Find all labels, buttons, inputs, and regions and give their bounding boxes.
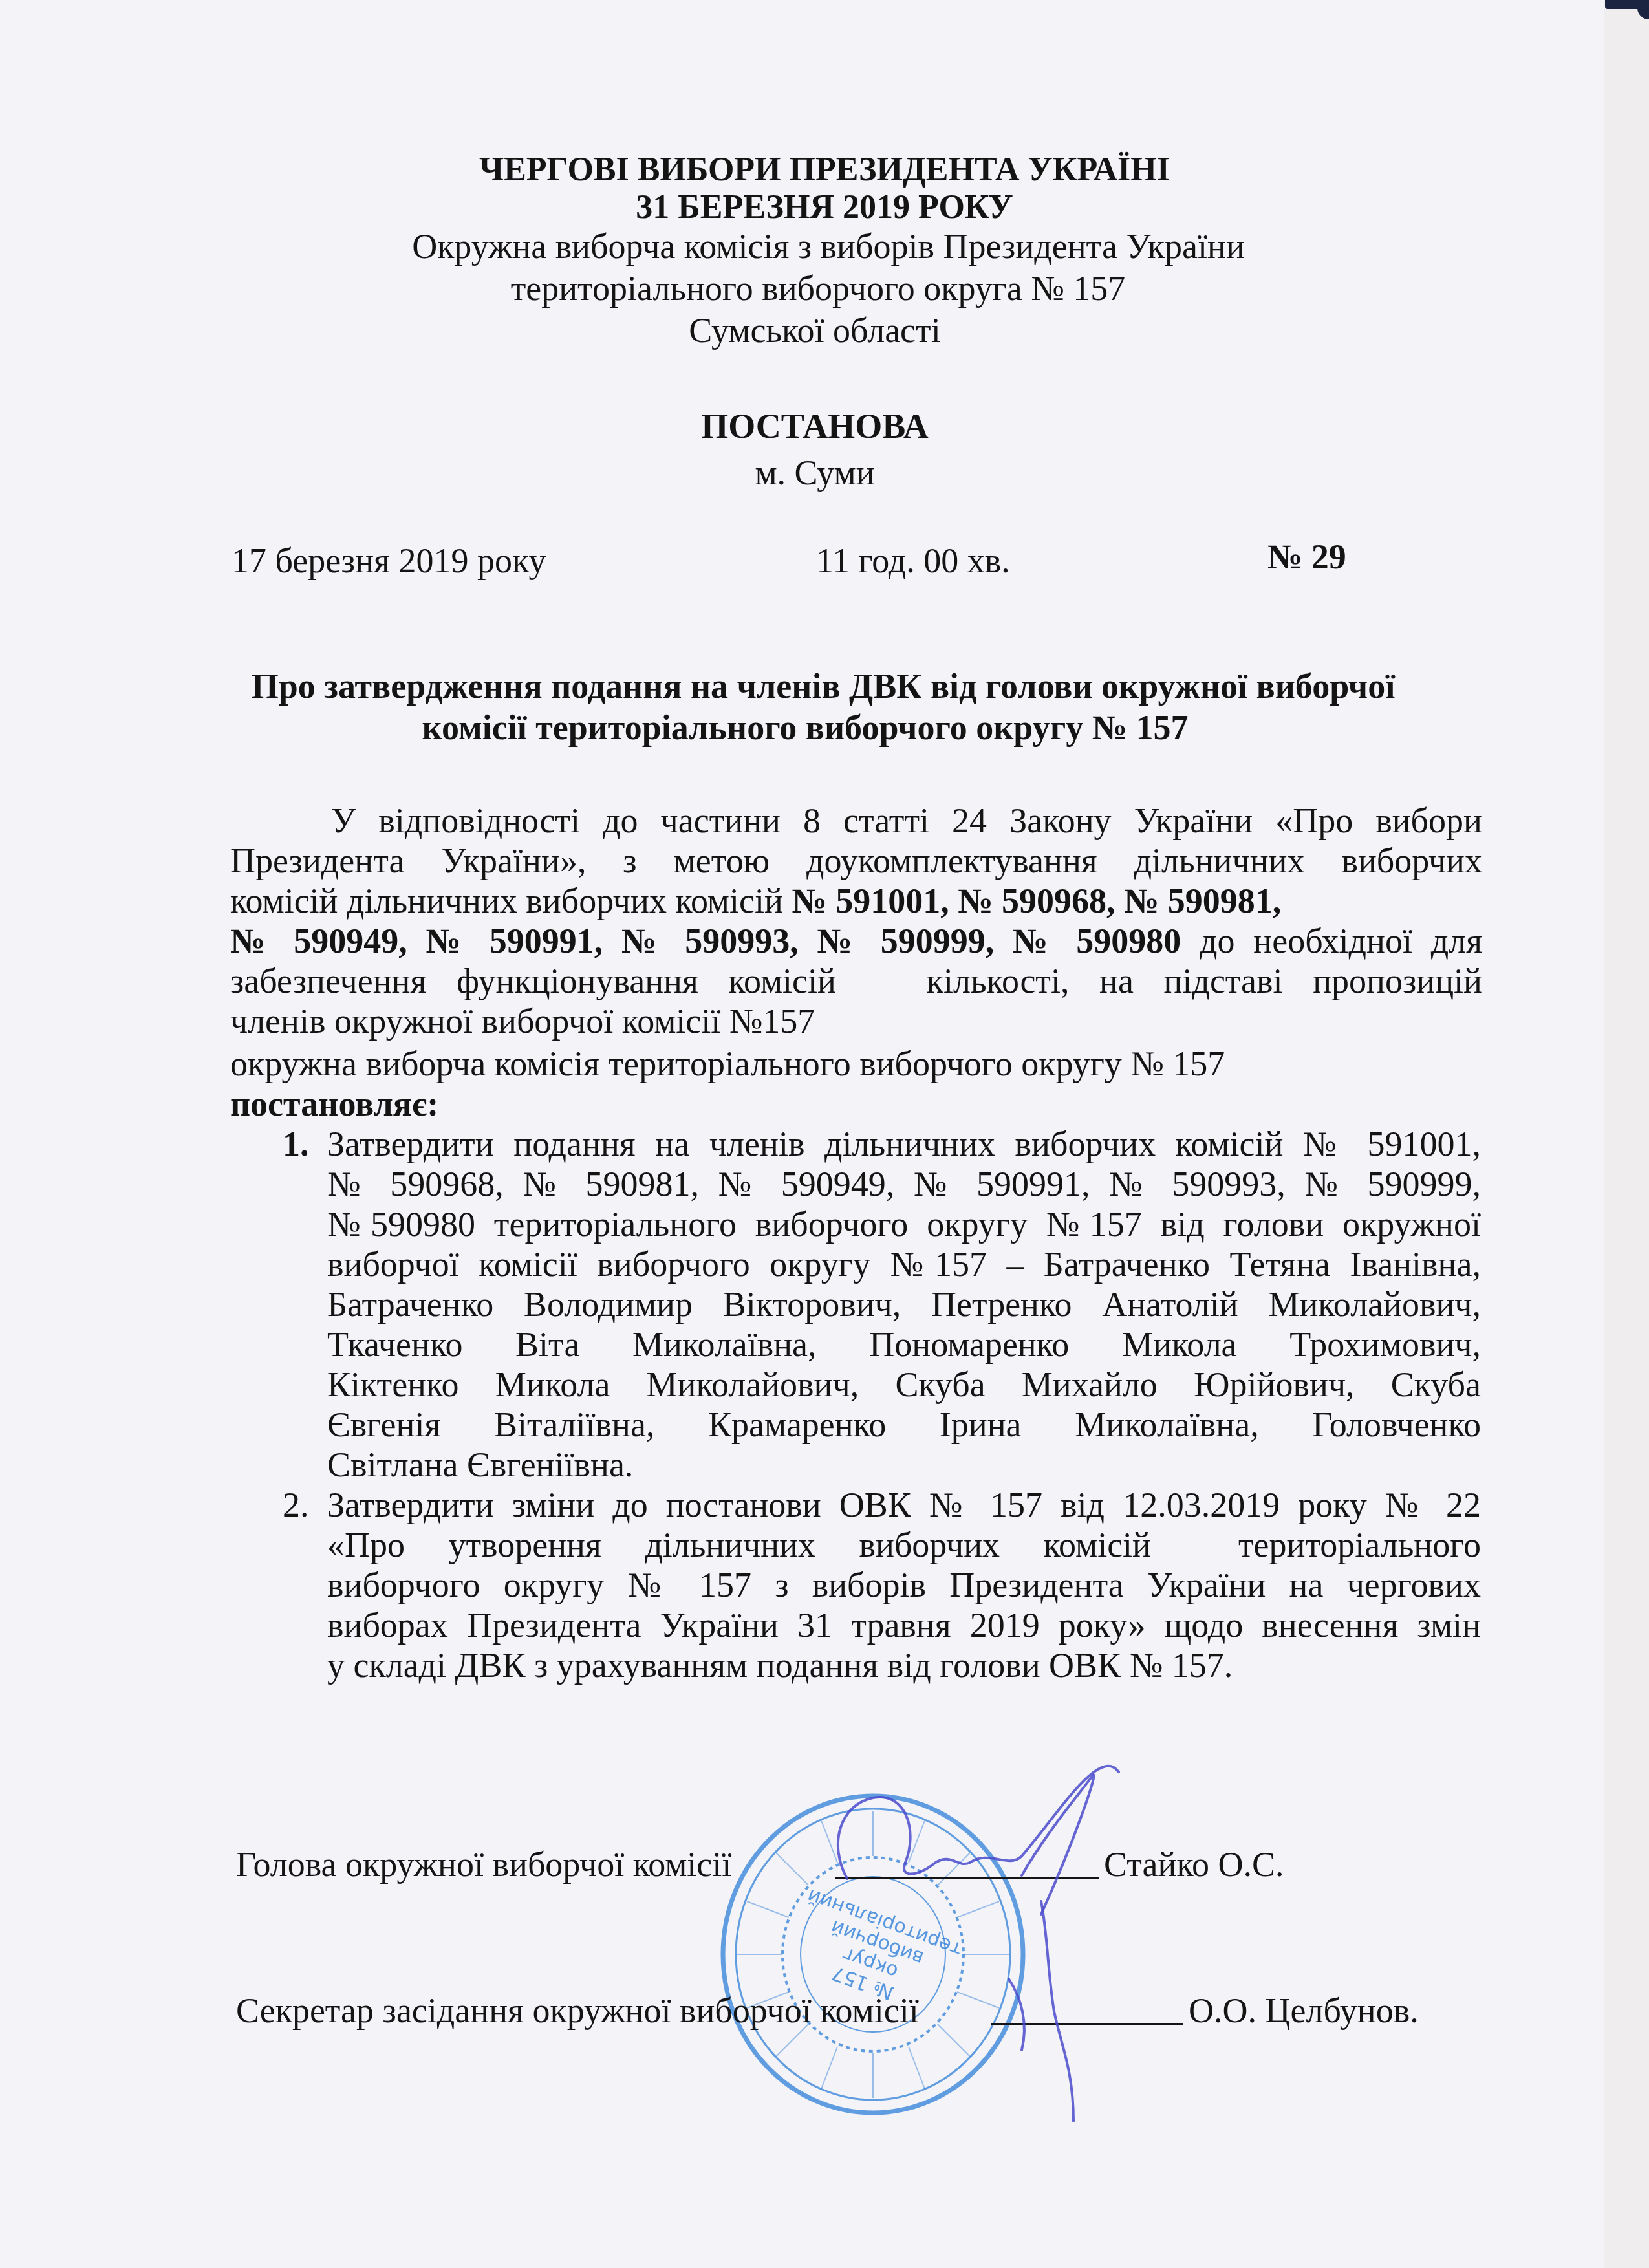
item-1-line-2: № 590968, № 590981, № 590949, № 590991, …	[327, 1164, 1481, 1204]
chair-signature-line	[835, 1877, 1099, 1879]
region-name: Сумської області	[0, 310, 1639, 351]
item-1-line-7: Кіктенко Микола Миколайович, Скуба Михай…	[327, 1365, 1481, 1405]
chair-name: Стайко О.С.	[1104, 1844, 1284, 1885]
secretary-signature-line	[991, 2023, 1183, 2025]
election-date: 31 БЕРЕЗНЯ 2019 РОКУ	[0, 188, 1649, 228]
item-2-number: 2.	[283, 1485, 309, 1525]
item-2-line-2: «Про утворення дільничних виборчих коміс…	[327, 1525, 1481, 1565]
item-1-line-6: Ткаченко Віта Миколаївна, Пономаренко Ми…	[327, 1324, 1481, 1365]
official-stamp-icon: № 157 округ виборчий територіальний	[711, 1785, 1035, 2121]
preamble-line-6: членів окружної виборчої комісії №157	[230, 1001, 815, 1041]
district-name: територіального виборчого округа № 157	[0, 268, 1643, 308]
item-2-line-3: виборчого округу № 157 з виборів Президе…	[327, 1565, 1481, 1605]
item-1-number: 1.	[283, 1124, 309, 1164]
preamble-line-4-text: до необхідної для	[1181, 922, 1482, 960]
document-city: м. Суми	[0, 453, 1639, 493]
secretary-title: Секретар засідання окружної виборчої ком…	[236, 1991, 919, 2031]
precinct-numbers-a: № 591001, № 590968, № 590981,	[792, 881, 1281, 920]
election-title: ЧЕРГОВІ ВИБОРИ ПРЕЗИДЕНТА УКРАЇНІ	[0, 150, 1649, 190]
item-1-line-4: виборчої комісії виборчого округу №157 –…	[327, 1244, 1481, 1284]
document-type: ПОСТАНОВА	[0, 406, 1639, 446]
preamble-line-2: Президента України», з метою доукомплект…	[230, 841, 1482, 881]
item-1-line-3: №590980 територіального виборчого округу…	[327, 1204, 1481, 1244]
scan-edge-corner	[1605, 0, 1649, 9]
document-date: 17 березня 2019 року	[232, 541, 546, 581]
preamble-line-7: окружна виборча комісія територіального …	[230, 1044, 1225, 1084]
item-1-line-5: Батраченко Володимир Вікторович, Петренк…	[327, 1284, 1481, 1324]
item-1-line-8: Євгенія Віталіївна, Крамаренко Ірина Мик…	[327, 1405, 1481, 1445]
commission-name: Окружна виборча комісія з виборів Презид…	[4, 226, 1649, 266]
precinct-numbers-b: № 590949, № 590991, № 590993, № 590999, …	[230, 922, 1181, 960]
subject-line-1: Про затвердження подання на членів ДВК в…	[0, 666, 1648, 706]
subject-line-2: комісії територіального виборчого округу…	[0, 707, 1630, 748]
chair-title: Голова окружної виборчої комісії	[236, 1844, 731, 1885]
document-number: № 29	[1267, 537, 1346, 577]
preamble-line-5: забезпечення функціонування комісій кіль…	[230, 961, 1482, 1001]
item-1-line-1: Затвердити подання на членів дільничних …	[327, 1124, 1481, 1164]
document-time: 11 год. 00 хв.	[816, 541, 1010, 581]
preamble-line-1: У відповідності до частини 8 статті 24 З…	[331, 801, 1482, 841]
item-2-line-4: виборах Президента України 31 травня 201…	[327, 1605, 1481, 1645]
secretary-name: О.О. Целбунов.	[1189, 1991, 1419, 2031]
item-1-line-9: Світлана Євгеніївна.	[327, 1445, 633, 1485]
preamble-line-3: комісій дільничних виборчих комісій № 59…	[230, 881, 1281, 921]
item-2-line-1: Затвердити зміни до постанови ОВК № 157 …	[327, 1485, 1481, 1525]
item-2-line-5: у складі ДВК з урахуванням подання від г…	[327, 1645, 1233, 1685]
resolves-label: постановляє:	[230, 1084, 438, 1124]
preamble-line-4: № 590949, № 590991, № 590993, № 590999, …	[230, 921, 1482, 961]
preamble-line-3-text: комісій дільничних виборчих комісій	[230, 881, 792, 920]
